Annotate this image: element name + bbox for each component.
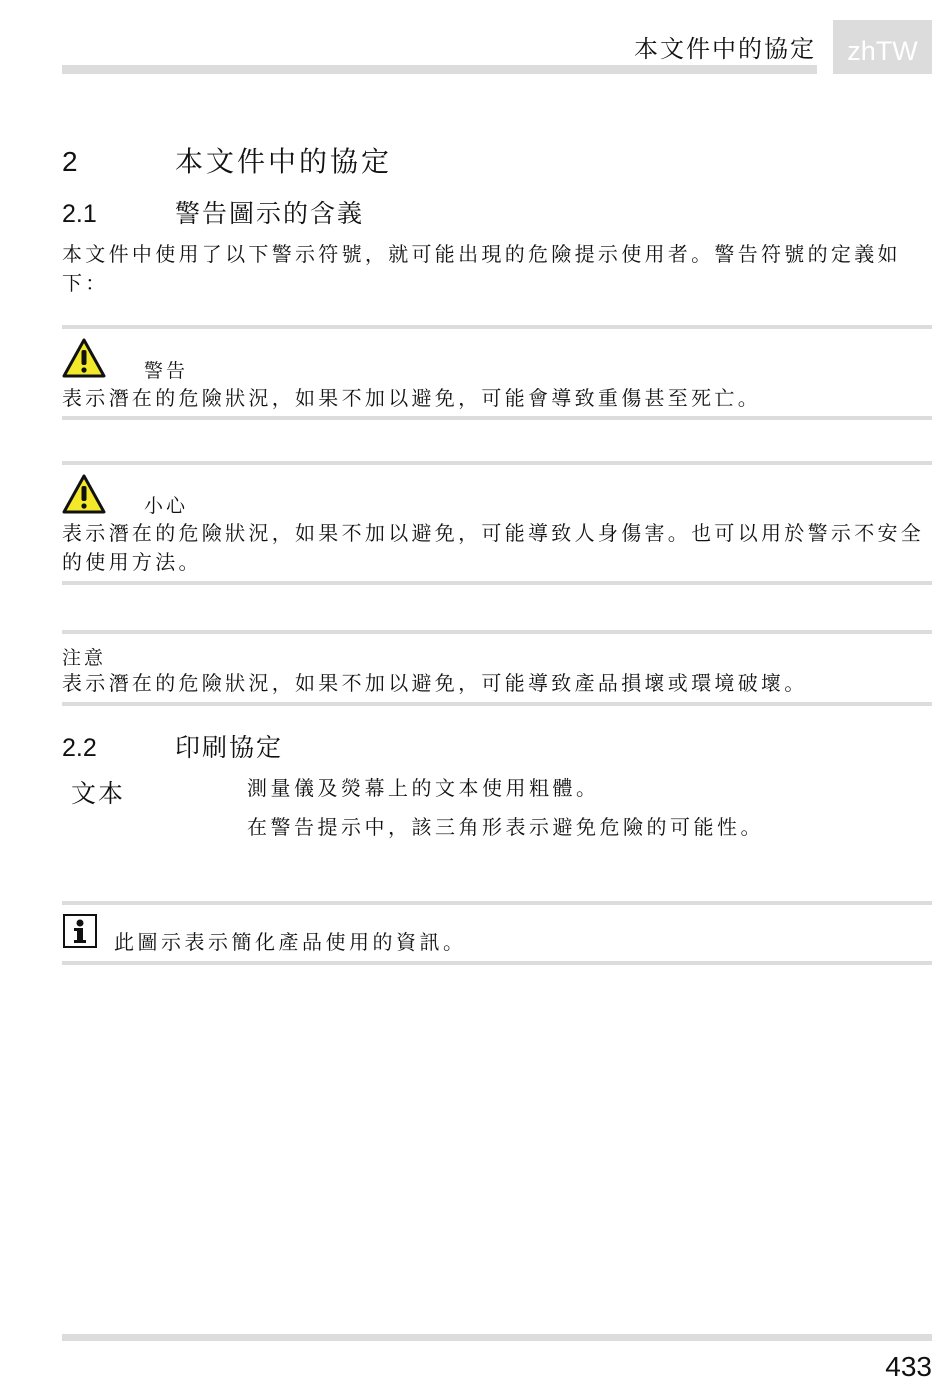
subsection-number: 2.2 — [62, 730, 175, 766]
info-icon — [63, 914, 97, 948]
language-tab: zhTW — [833, 20, 932, 74]
signal-word-notice: 注意 — [62, 645, 106, 671]
section-number: 2 — [62, 142, 175, 182]
header-rule — [62, 65, 817, 74]
page-number: 433 — [885, 1350, 932, 1384]
typography-label: 文本 — [71, 776, 125, 812]
notice-rule-bottom — [62, 581, 932, 585]
signal-word-caution: 小心 — [144, 493, 188, 519]
intro-paragraph: 本文件中使用了以下警示符號，就可能出現的危險提示使用者。警告符號的定義如下： — [62, 240, 934, 298]
notice-rule-bottom — [62, 416, 932, 420]
running-header-title: 本文件中的協定 — [634, 32, 816, 66]
subsection-title: 警告圖示的含義 — [175, 199, 364, 228]
notice-rule-top — [62, 461, 932, 465]
notice-rule-bottom — [62, 702, 932, 706]
notice-description: 表示潛在的危險狀況，如果不加以避免，可能導致人身傷害。也可以用於警示不安全的使用… — [62, 519, 934, 577]
section-heading: 2本文件中的協定 — [62, 142, 392, 182]
warning-triangle-icon — [62, 338, 106, 378]
subsection-heading-2-1: 2.1警告圖示的含義 — [62, 196, 364, 232]
info-rule-bottom — [62, 961, 932, 965]
warning-triangle-icon — [62, 474, 106, 514]
subsection-number: 2.1 — [62, 196, 175, 232]
subsection-title: 印刷協定 — [175, 733, 283, 762]
info-note-text: 此圖示表示簡化產品使用的資訊。 — [114, 928, 467, 956]
notice-rule-top — [62, 630, 932, 634]
subsection-heading-2-2: 2.2印刷協定 — [62, 730, 283, 766]
notice-description: 表示潛在的危險狀況，如果不加以避免，可能會導致重傷甚至死亡。 — [62, 384, 934, 413]
info-rule-top — [62, 901, 932, 905]
typography-description: 在警告提示中，該三角形表示避免危險的可能性。 — [247, 813, 764, 841]
typography-description: 測量儀及熒幕上的文本使用粗體。 — [247, 774, 600, 802]
signal-word-warning: 警告 — [144, 358, 188, 384]
footer-rule — [62, 1334, 932, 1341]
notice-rule-top — [62, 325, 932, 329]
notice-description: 表示潛在的危險狀況，如果不加以避免，可能導致產品損壞或環境破壞。 — [62, 669, 934, 698]
section-title: 本文件中的協定 — [175, 145, 392, 178]
